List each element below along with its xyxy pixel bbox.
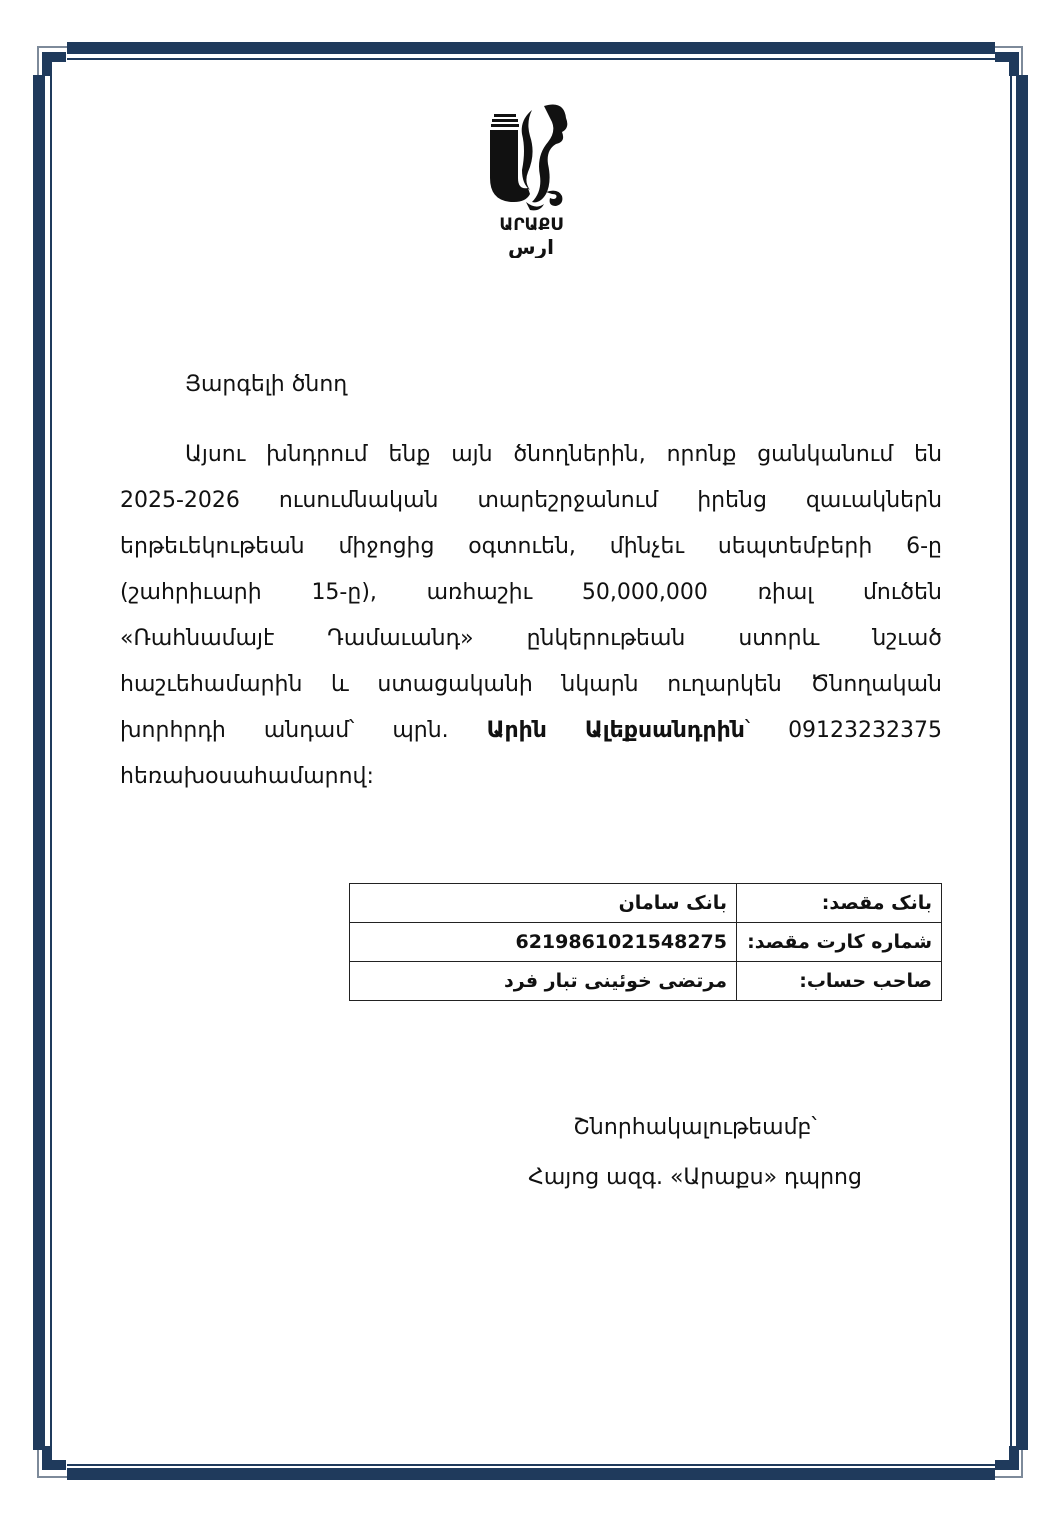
frame-outer-line-right <box>1021 46 1023 76</box>
table-row: صاحب حساب: مرتضی خوئینی تبار فرد <box>350 962 942 1001</box>
word: 15-ը), <box>311 580 376 605</box>
word: Ալեքսանդրին՝ <box>585 718 750 743</box>
word: մինչեւ <box>610 534 684 559</box>
frame-outer-line-left-bottom <box>37 1448 39 1478</box>
closing-thanks: Շնորհակալութեամբ՝ <box>500 1103 890 1153</box>
word: Դամաւանդ» <box>327 626 473 651</box>
word: ուղարկեն <box>667 672 782 697</box>
word: զաւակներն <box>806 488 942 513</box>
card-number-label: شماره کارت مقصد: <box>737 923 942 962</box>
word: մուծեն <box>863 580 942 605</box>
word: ուսումնական <box>279 488 439 513</box>
frame-right-bar <box>1016 75 1028 1450</box>
word: որոնք <box>667 442 737 467</box>
word: առհաշիւ <box>427 580 533 605</box>
frame-outer-line-top <box>37 46 67 48</box>
paragraph-line: խորհրդի անդամ՝ պրն. Արին Ալեքսանդրին՝ 09… <box>120 708 942 754</box>
frame-outer-line-left <box>37 46 39 76</box>
bank-details-table: بانک مقصد: بانک سامان شماره کارت مقصد: 6… <box>349 883 942 1001</box>
word: «Ռահնամայէ <box>120 626 274 651</box>
account-holder-label: صاحب حساب: <box>737 962 942 1001</box>
word: խորհրդի <box>120 718 226 743</box>
salutation: Յարգելի ծնող <box>185 370 347 400</box>
frame-corner-top-right-v <box>1009 52 1019 76</box>
paragraph-line: հաշւեհամարին և ստացականի նկարն ուղարկեն … <box>120 662 942 708</box>
paragraph-line: 2025-2026 ուսումնական տարեշրջանում իրենց… <box>120 478 942 524</box>
arax-school-logo-icon: ԱՐԱՔՍ ارس <box>486 98 576 258</box>
frame-outer-line-bottom-left <box>37 1476 67 1478</box>
closing-school-name: Հայոց ազգ. «Արաքս» դպրոց <box>500 1153 890 1203</box>
svg-text:ԱՐԱՔՍ: ԱՐԱՔՍ <box>499 215 563 235</box>
word: այն <box>451 442 492 467</box>
school-logo: ԱՐԱՔՍ ارس <box>486 98 576 258</box>
word: ենք <box>388 442 430 467</box>
paragraph-line: (շահրիւարի 15-ը), առհաշիւ 50,000,000 ռիա… <box>120 570 942 616</box>
word: անդամ՝ <box>264 718 355 743</box>
word: նկարն <box>561 672 638 697</box>
word: օգտուեն, <box>468 534 576 559</box>
word: հաշւեհամարին <box>120 672 302 697</box>
word: 6-ը <box>906 534 942 559</box>
word: երթեւեկութեան <box>120 534 305 559</box>
account-holder-value: مرتضی خوئینی تبار فرد <box>350 962 737 1001</box>
word: ընկերութեան <box>527 626 686 651</box>
word: են <box>914 442 942 467</box>
word: ստացականի <box>377 672 532 697</box>
frame-left-bar <box>33 75 45 1450</box>
word: 2025-2026 <box>120 488 240 513</box>
frame-outer-line-top-right <box>995 46 1023 48</box>
paragraph-line: «Ռահնամայէ Դամաւանդ» ընկերութեան ստորև ն… <box>120 616 942 662</box>
card-number-value: 6219861021548275 <box>350 923 737 962</box>
destination-bank-label: بانک مقصد: <box>737 884 942 923</box>
paragraph-line: հեռախօսահամարով: <box>120 754 942 800</box>
word: ռիալ <box>758 580 814 605</box>
word: 50,000,000 <box>582 580 708 605</box>
word: պրն. <box>392 718 448 743</box>
word: Արին <box>487 718 547 743</box>
destination-bank-value: بانک سامان <box>350 884 737 923</box>
frame-top-bar <box>67 42 995 54</box>
word: իրենց <box>697 488 767 513</box>
frame-outer-line-bottom-right <box>995 1476 1023 1478</box>
table-row: بانک مقصد: بانک سامان <box>350 884 942 923</box>
frame-outer-line-right-bottom <box>1021 1448 1023 1478</box>
closing-signature: Շնորհակալութեամբ՝ Հայոց ազգ. «Արաքս» դպր… <box>500 1103 890 1203</box>
word: ծնողներին, <box>513 442 645 467</box>
letter-body: Այսու խնդրում ենք այն ծնողներին, որոնք ց… <box>120 432 942 800</box>
frame-inner-line-left <box>50 75 52 1450</box>
frame-inner-line-top <box>67 58 995 60</box>
frame-bottom-bar <box>67 1468 995 1480</box>
word: տարեշրջանում <box>477 488 658 513</box>
word: խնդրում <box>266 442 367 467</box>
word: ստորև <box>738 626 819 651</box>
frame-corner-top-left-v <box>42 52 52 76</box>
svg-text:ارس: ارس <box>508 235 554 258</box>
word: և <box>331 672 349 697</box>
frame-inner-line-bottom <box>67 1464 995 1466</box>
word: ցանկանում <box>757 442 893 467</box>
word: սեպտեմբերի <box>718 534 872 559</box>
word: Ծնողական <box>810 672 942 697</box>
word: 09123232375 <box>788 718 942 743</box>
word: Այսու <box>185 442 245 467</box>
frame-inner-line-right <box>1010 75 1012 1450</box>
word: (շահրիւարի <box>120 580 262 605</box>
paragraph-line: Այսու խնդրում ենք այն ծնողներին, որոնք ց… <box>120 432 942 478</box>
word: հեռախօսահամարով: <box>120 764 374 789</box>
paragraph-line: երթեւեկութեան միջոցից օգտուեն, մինչեւ սե… <box>120 524 942 570</box>
word: միջոցից <box>338 534 434 559</box>
word: նշւած <box>872 626 942 651</box>
table-row: شماره کارت مقصد: 6219861021548275 <box>350 923 942 962</box>
